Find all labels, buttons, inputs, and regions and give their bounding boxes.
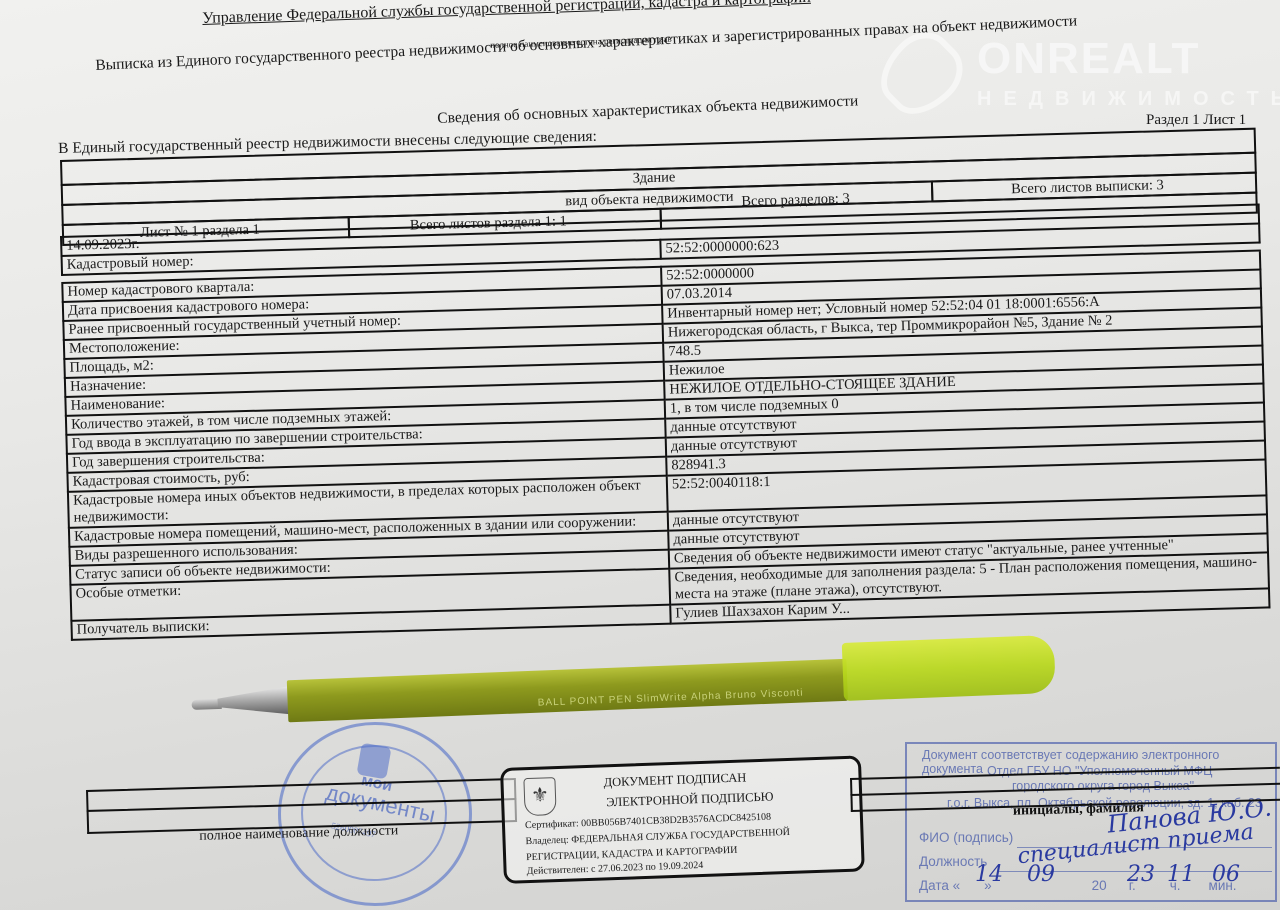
pen-cone [217,686,290,717]
handwritten-month: 09 [1027,862,1055,887]
electronic-signature-box: ⚜ ДОКУМЕНТ ПОДПИСАН ЭЛЕКТРОННОЙ ПОДПИСЬЮ… [500,755,865,884]
date-year-prefix: 20 [1092,878,1107,893]
handwritten-minute: 06 [1212,862,1240,887]
document-photo: ONREALT НЕДВИЖИМОСТЬ Управление Федераль… [0,0,1280,910]
section-title: Сведения об основных характеристиках объ… [437,92,859,128]
pen-body: BALL POINT PEN SlimWrite Alpha Bruno Vis… [287,659,848,722]
handwritten-hour: 11 [1167,862,1195,887]
mfc-certification-stamp: Документ соответствует содержанию электр… [905,742,1277,902]
pen-label: BALL POINT PEN SlimWrite Alpha Bruno Vis… [538,687,804,708]
eagle-emblem-icon: ⚜ [523,777,556,816]
esig-validity: Действителен: с 27.06.2023 по 19.09.2024 [526,860,703,877]
ballpoint-pen: BALL POINT PEN SlimWrite Alpha Bruno Vis… [190,629,1062,732]
handwritten-day: 14 [975,862,1003,887]
registration-authority-name: Управление Федеральной службы государств… [202,0,811,28]
fio-label: ФИО (подпись) [919,830,1013,845]
esig-heading-2: ЭЛЕКТРОННОЙ ПОДПИСЬЮ [606,789,774,810]
watermark-subtitle: НЕДВИЖИМОСТЬ [977,88,1280,111]
watermark-brand: ONREALT [977,34,1200,84]
esig-owner-1: Владелец: ФЕДЕРАЛЬНАЯ СЛУЖБА ГОСУДАРСТВЕ… [525,827,790,847]
initials-caption: инициалы, фамилия [1013,800,1144,819]
date-prefix: Дата « [919,878,960,893]
characteristics-table: 14.09.2023г. Кадастровый номер: 52:52:00… [60,204,1271,641]
pen-cap [842,635,1056,701]
total-sections: Всего разделов: 3 [741,191,850,211]
section-sheet-number: Раздел 1 Лист 1 [1146,112,1246,129]
esig-heading-1: ДОКУМЕНТ ПОДПИСАН [603,770,746,790]
esig-owner-2: РЕГИСТРАЦИИ, КАДАСТРА И КАРТОГРАФИИ [526,845,738,863]
pen-tip [191,699,221,710]
handwritten-year: 23 [1127,862,1155,887]
object-type: Здание [632,169,675,187]
